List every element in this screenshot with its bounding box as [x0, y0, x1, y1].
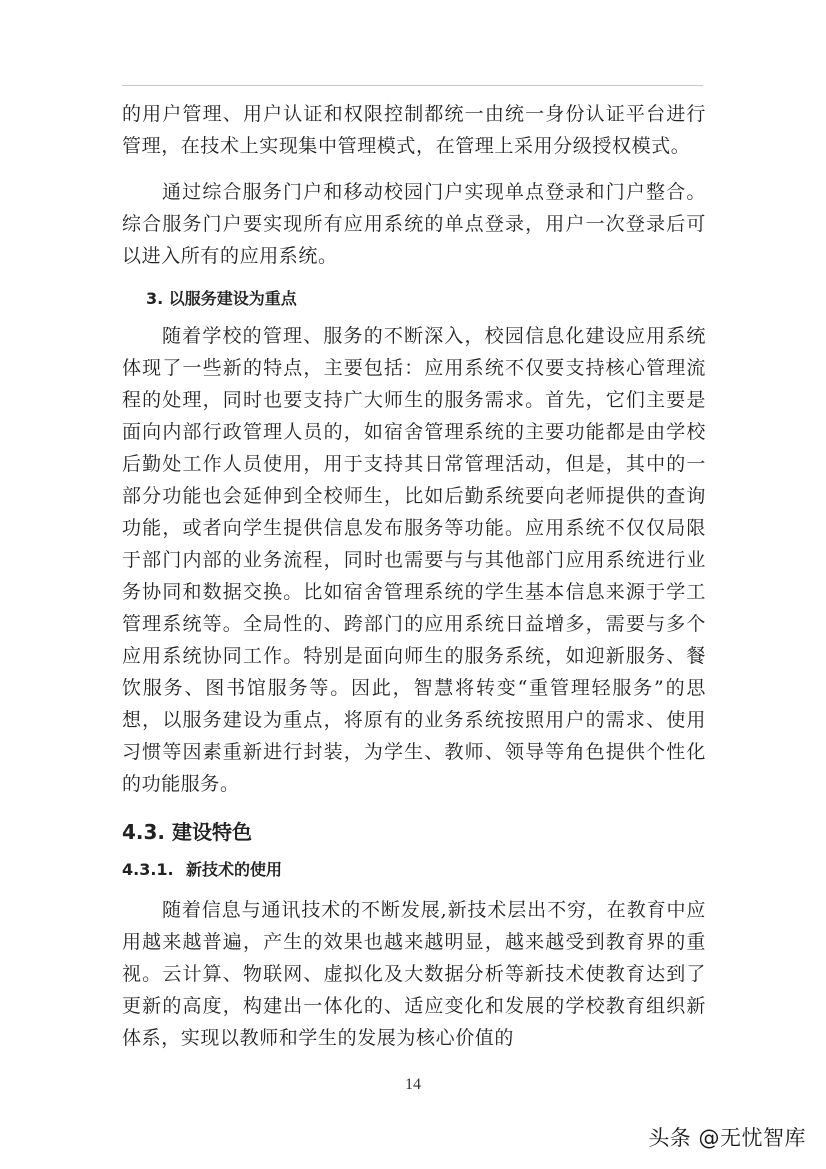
- paragraph-auth-continued: 的用户管理、用户认证和权限控制都统一由统一身份认证平台进行管理，在技术上实现集中…: [122, 98, 706, 162]
- paragraph-spacer: [122, 800, 706, 814]
- subsection-number: 4.3.1.: [122, 854, 186, 886]
- page-body: 的用户管理、用户认证和权限控制都统一由统一身份认证平台进行管理，在技术上实现集中…: [122, 98, 706, 1054]
- section-number: 4.3.: [122, 820, 165, 844]
- subsection-title: 新技术的使用: [186, 860, 282, 879]
- source-watermark: 头条 @无忧智库: [648, 1122, 806, 1152]
- header-rule: [122, 85, 703, 86]
- paragraph-spacer: [122, 886, 706, 894]
- section-title: 建设特色: [172, 820, 252, 844]
- paragraph-single-sign-on: 通过综合服务门户和移动校园门户实现单点登录和门户整合。综合服务门户要实现所有应用…: [122, 176, 706, 272]
- subheading-service-focus: 3. 以服务建设为重点: [122, 284, 706, 314]
- paragraph-service-construction: 随着学校的管理、服务的不断深入，校园信息化建设应用系统体现了一些新的特点，主要包…: [122, 320, 706, 800]
- paragraph-new-technology: 随着信息与通讯技术的不断发展,新技术层出不穷，在教育中应用越来越普遍，产生的效果…: [122, 894, 706, 1054]
- section-heading: 4.3. 建设特色: [122, 814, 706, 850]
- paragraph-spacer: [122, 162, 706, 176]
- subsection-heading: 4.3.1.新技术的使用: [122, 854, 706, 886]
- paragraph-spacer: [122, 272, 706, 284]
- page-number: 14: [0, 1076, 826, 1094]
- document-page: 的用户管理、用户认证和权限控制都统一由统一身份认证平台进行管理，在技术上实现集中…: [0, 0, 826, 1169]
